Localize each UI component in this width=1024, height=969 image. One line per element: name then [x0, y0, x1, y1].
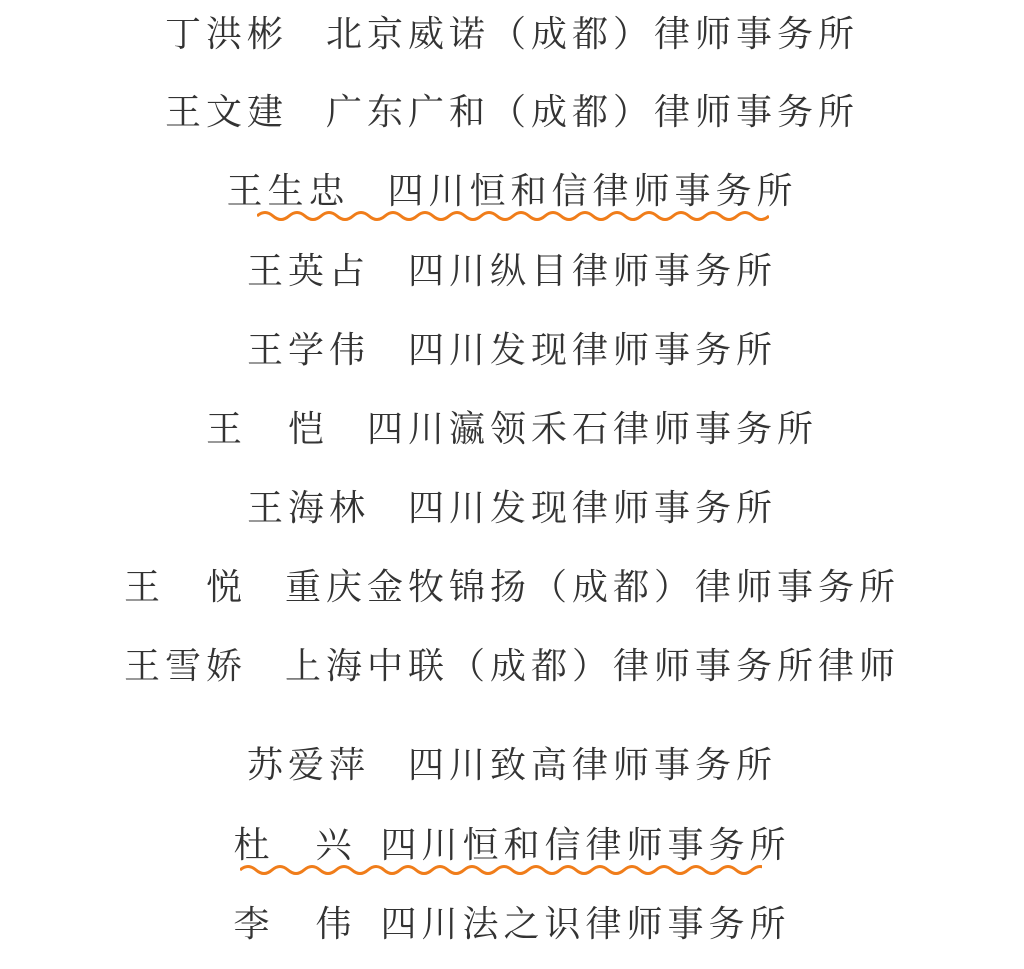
list-item: 王海林四川发现律师事务所 [0, 487, 1024, 531]
law-firm: 北京威诺（成都）律师事务所 [326, 14, 859, 55]
law-firm: 四川瀛领禾石律师事务所 [367, 409, 818, 450]
lawyer-name: 杜 兴 [233, 825, 356, 866]
law-firm: 四川发现律师事务所 [408, 330, 777, 371]
lawyer-name: 王海林 [247, 488, 370, 529]
law-firm: 四川发现律师事务所 [408, 488, 777, 529]
law-firm: 四川恒和信律师事务所 [381, 825, 791, 866]
list-item: 王英占四川纵目律师事务所 [0, 250, 1024, 294]
lawyer-name: 王学伟 [247, 330, 370, 371]
lawyer-name: 丁洪彬 [165, 14, 288, 55]
lawyer-name: 王 悦 [124, 567, 247, 608]
wavy-underline [257, 209, 769, 223]
lawyer-name: 王 恺 [206, 409, 329, 450]
list-item: 王学伟四川发现律师事务所 [0, 329, 1024, 373]
lawyer-name: 王英占 [247, 251, 370, 292]
law-firm: 四川纵目律师事务所 [408, 251, 777, 292]
law-firm: 四川法之识律师事务所 [381, 904, 791, 945]
wavy-underline [240, 863, 762, 877]
law-firm: 四川恒和信律师事务所 [388, 171, 798, 212]
law-firm: 广东广和（成都）律师事务所 [326, 92, 859, 133]
lawyer-name: 王文建 [165, 92, 288, 133]
list-item: 王 悦重庆金牧锦扬（成都）律师事务所 [0, 566, 1024, 610]
law-firm: 上海中联（成都）律师事务所律师 [285, 646, 900, 687]
list-item: 苏爱萍四川致高律师事务所 [0, 744, 1024, 788]
list-item-highlighted: 王生忠四川恒和信律师事务所 [0, 170, 1024, 214]
law-firm: 重庆金牧锦扬（成都）律师事务所 [285, 567, 900, 608]
list-item: 李 伟四川法之识律师事务所 [0, 903, 1024, 947]
lawyer-name: 王雪娇 [124, 646, 247, 687]
lawyer-name: 苏爱萍 [247, 745, 370, 786]
list-item-highlighted: 杜 兴四川恒和信律师事务所 [0, 824, 1024, 868]
list-item: 王雪娇上海中联（成都）律师事务所律师 [0, 645, 1024, 689]
lawyer-name: 王生忠 [226, 171, 349, 212]
lawyer-name: 李 伟 [233, 904, 356, 945]
list-item: 丁洪彬北京威诺（成都）律师事务所 [0, 13, 1024, 57]
list-item: 王 恺四川瀛领禾石律师事务所 [0, 408, 1024, 452]
law-firm: 四川致高律师事务所 [408, 745, 777, 786]
list-item: 王文建广东广和（成都）律师事务所 [0, 91, 1024, 135]
